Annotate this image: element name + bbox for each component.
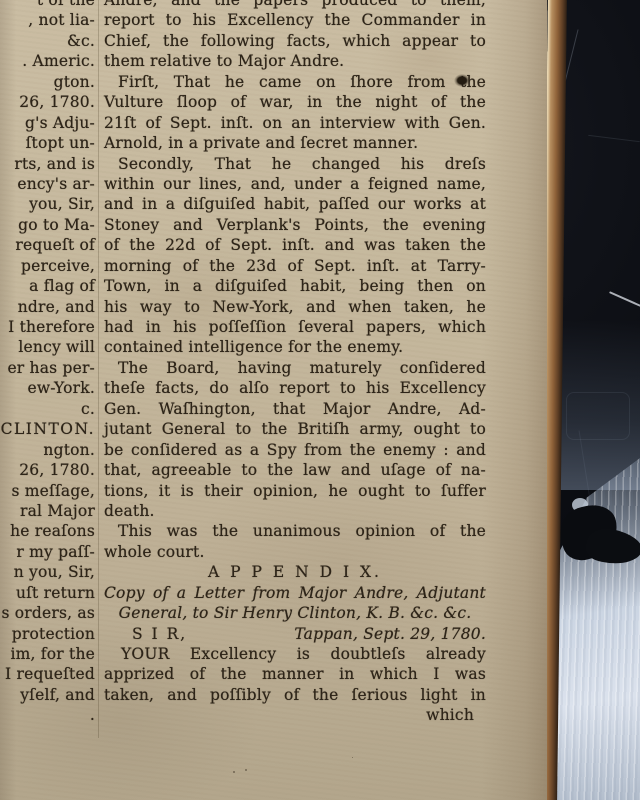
text-line: Chief, the following facts, which appear…	[104, 31, 486, 51]
text-line: that, agreeable to the law and uſage of …	[104, 460, 486, 480]
text-line: , not lia-	[0, 10, 95, 30]
text-line: whole court.	[104, 542, 486, 562]
text-line: . Americ.	[0, 51, 95, 71]
text-line: ew-York.	[0, 378, 95, 398]
text-line: ndre, and	[0, 297, 95, 317]
text-line: morning of the 23d of Sept. inſt. at Tar…	[104, 256, 486, 276]
text-line: 26, 1780.	[0, 92, 95, 112]
text-line: uſt return	[0, 583, 95, 603]
glare-reflection	[554, 440, 640, 800]
letter-subtitle: Copy of a Letter from Major Andre, Adjut…	[104, 583, 486, 603]
text-line: taken, and poſſibly of the ſerious light…	[104, 685, 486, 705]
text-line: within our lines, and, under a feigned n…	[104, 174, 486, 194]
appendix-heading: A P P E N D I X.	[104, 562, 486, 582]
text-line: apprized of the manner in which I was	[104, 664, 486, 684]
text-line: you, Sir,	[0, 194, 95, 214]
text-line: he reaſons	[0, 521, 95, 541]
text-line: ngton.	[0, 440, 95, 460]
salutation-line: S I R, Tappan, Sept. 29, 1780.	[104, 624, 486, 644]
text-line: rts, and is	[0, 154, 95, 174]
text-line: jutant General to the Britiſh army, ough…	[104, 419, 486, 439]
text-line: Arnold, in a private and ſecret manner.	[104, 133, 486, 153]
text-line: lency will	[0, 337, 95, 357]
ink-blot	[454, 74, 470, 87]
letter-subtitle: General, to Sir Henry Clinton, K. B. &c.…	[104, 603, 486, 623]
text-line: g's Adju-	[0, 113, 95, 133]
text-line: 26, 1780.	[0, 460, 95, 480]
dateline: Tappan, Sept. 29, 1780.	[294, 624, 486, 644]
text-line: n you, Sir,	[0, 562, 95, 582]
text-line: Andre, and the papers produced to them,	[104, 0, 486, 10]
text-line: yſelf, and	[0, 685, 95, 705]
text-line: er has per-	[0, 358, 95, 378]
text-line: his way to New-York, and when taken, he	[104, 297, 486, 317]
text-line: be conſidered as a Spy from the enemy : …	[104, 440, 486, 460]
text-line: requeſt of	[0, 235, 95, 255]
text-line: YOUR Excellency is doubtleſs already	[104, 644, 486, 664]
text-line: c.	[0, 399, 95, 419]
text-line: &c.	[0, 31, 95, 51]
scratch-mark	[588, 135, 640, 142]
text-line: I therefore	[0, 317, 95, 337]
text-line: perceive,	[0, 256, 95, 276]
text-line: s meſſage,	[0, 481, 95, 501]
text-line: I requeſted	[0, 664, 95, 684]
text-line: This was the unanimous opinion of the	[104, 521, 486, 541]
text-line: im, for the	[0, 644, 95, 664]
text-line: tions, it is their opinion, he ought to …	[104, 481, 486, 501]
text-line: .	[0, 705, 95, 725]
paper-speck	[245, 769, 247, 771]
text-line: The Board, having maturely conſidered	[104, 358, 486, 378]
catchword: which	[104, 705, 486, 725]
column-divider-rule	[98, 0, 99, 738]
text-line: Stoney and Verplank's Points, the evenin…	[104, 215, 486, 235]
text-line: Secondly, That he changed his dreſs	[104, 154, 486, 174]
text-line: death.	[104, 501, 486, 521]
text-line: go to Ma-	[0, 215, 95, 235]
printed-page: t of the , not lia- &c. . Americ. gton. …	[0, 0, 547, 800]
text-line: report to his Excellency the Commander i…	[104, 10, 486, 30]
text-line: Firſt, That he came on ſhore from the	[104, 72, 486, 92]
text-line: and in a diſguiſed habit, paſſed our wor…	[104, 194, 486, 214]
text-line: gton.	[0, 72, 95, 92]
text-line: had in his poſſeſſion ſeveral papers, wh…	[104, 317, 486, 337]
surface-sheen	[556, 320, 640, 490]
text-line: r my paſſ-	[0, 542, 95, 562]
text-line: protection	[0, 624, 95, 644]
text-line: 21ſt of Sept. inſt. on an interview with…	[104, 113, 486, 133]
text-line: theſe facts, do alſo report to his Excel…	[104, 378, 486, 398]
salutation: S I R,	[104, 624, 187, 644]
text-line: ſtopt un-	[0, 133, 95, 153]
left-column: t of the , not lia- &c. . Americ. gton. …	[0, 0, 98, 726]
scratch-mark	[609, 291, 640, 307]
text-line: s orders, as	[0, 603, 95, 623]
paper-speck	[233, 771, 235, 773]
text-line: a flag of	[0, 276, 95, 296]
paper-speck	[352, 757, 353, 758]
text-line: of the 22d of Sept. inſt. and was taken …	[104, 235, 486, 255]
photo-of-book-page: t of the , not lia- &c. . Americ. gton. …	[0, 0, 640, 800]
text-line: contained intelligence for the enemy.	[104, 337, 486, 357]
text-line: CLINTON.	[0, 419, 95, 439]
text-line: Gen. Waſhington, that Major Andre, Ad-	[104, 399, 486, 419]
text-line: them relative to Major Andre.	[104, 51, 486, 71]
main-column: Andre, and the papers produced to them, …	[104, 0, 486, 726]
text-line: Town, in a diſguiſed habit, being then o…	[104, 276, 486, 296]
text-line: ency's ar-	[0, 174, 95, 194]
text-line: Vulture ſloop of war, in the night of th…	[104, 92, 486, 112]
text-line: t of the	[0, 0, 95, 10]
text-line: ral Major	[0, 501, 95, 521]
